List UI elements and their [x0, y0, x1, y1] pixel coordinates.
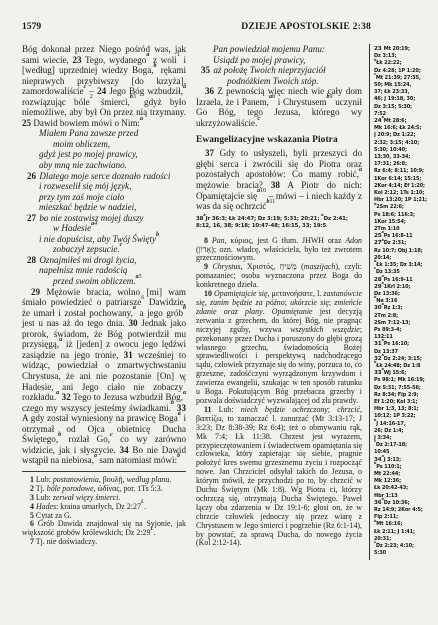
margin-divider-rule — [369, 44, 370, 560]
poetry-line: zobaczył zepsucie.c — [22, 244, 186, 255]
poetry-line: i nie dopuścisz, aby Twój Świętyb — [22, 234, 186, 245]
verse-paragraph: 29 Mężowie bracia, wolno [mi] wam śmiało… — [22, 287, 186, 466]
margin-reference-line: 20:14; — [374, 255, 436, 262]
margin-reference-line: Ps 98:1; Mk 16:19; — [374, 377, 436, 384]
margin-reference-line: 10:12; 1P 3:22; — [374, 413, 436, 420]
margin-reference-line: 1Kor 15:54; — [374, 219, 436, 226]
poetry-line: 35 aż położę Twoich nieprzyjaciół — [196, 65, 362, 76]
poetry-line: Miałem Pana zawsze przed — [22, 128, 186, 139]
margin-reference-line: 5:30 — [374, 550, 436, 557]
margin-reference-line: 26; Dz 1:4; — [374, 428, 436, 435]
poetry-line: aby mną nie zachwiano. — [22, 160, 186, 171]
margin-reference-line: bMt 16:16; — [374, 521, 436, 528]
margin-reference-line: cMt 21:39; 27:35, — [374, 75, 436, 82]
poetry-line: napełnisz mnie radością — [22, 265, 186, 276]
verse-paragraph: 36 Z pewnością więc niech wie cały dom I… — [196, 86, 362, 128]
margin-reference-line: Dz 3:15; 5:30; — [374, 104, 436, 111]
poetry-line: gdyż jest po mojej prawicy, — [22, 149, 186, 160]
margin-reference-line: Rz 10:7; Obj 1:18; — [374, 248, 436, 255]
margin-reference-line: Hbr 1:3, 13; 8:1; — [374, 406, 436, 413]
margin-reference-line: Dz 13:36; — [374, 291, 436, 298]
footnote: 9 Chrystus, Χριστός, מָשִׁיחַ (maszijach… — [196, 263, 362, 290]
poetry-line: mieszkać będzie w nadziei, — [22, 202, 186, 213]
poetry-line: przed swoim obliczem.a5 — [22, 276, 186, 287]
margin-reference-line: 2Tm 2:8; — [374, 313, 436, 320]
margin-reference-line: 20:31; — [374, 536, 436, 543]
margin-reference-line: 17:31; 26:8; — [374, 161, 436, 168]
margin-reference-line: 2Kor 4:14; Ef 1:20; — [374, 183, 436, 190]
left-column: Bóg dokonał przez Niego pośród was, jak … — [22, 44, 186, 547]
poetry-block: Miałem Pana zawsze przedmoim obliczem,gd… — [22, 128, 186, 286]
poetry-line: przy tym zaś moje ciało — [22, 192, 186, 203]
margin-reference-line: Dz 3:13; — [374, 53, 436, 60]
verse-paragraph: Bóg dokonał przez Niego pośród was, jak … — [22, 44, 186, 128]
margin-reference-line: 27aDz 2:31; — [374, 240, 436, 247]
margin-reference-line: Dz 5:31; 7:55-56; — [374, 385, 436, 392]
margin-reference-line: Kol 2:12; 1Ts 1:10; — [374, 190, 436, 197]
margin-reference-line: bŁk 1:35; Dz 3:14; — [374, 262, 436, 269]
margin-reference-line: Flp 2:11; — [374, 514, 436, 521]
margin-reference-line: Mt 22:44; — [374, 471, 436, 478]
poetry-line: Usiądź po mojej prawicy, — [196, 55, 362, 66]
margin-reference-line: cDz 2:23; 4:10; — [374, 543, 436, 550]
margin-references: 23aMt 20:19;Dz 3:13;bŁk 22:22;Dz 4:28; 1… — [374, 46, 436, 560]
poetry-line: 27 bo nie zostawisz mojej duszy — [22, 213, 186, 224]
margin-reference-line: b2Sm 22:6; — [374, 204, 436, 211]
margin-reference-line: Rz 14:9; 2Kor 4:5; — [374, 507, 436, 514]
margin-reference-line: 37; Łk 23:33, — [374, 89, 436, 96]
margin-reference-line: 46; J 19:18, 30; — [374, 96, 436, 103]
running-head-book-title: DZIEJE APOSTOLSKIE 2:38 — [0, 21, 371, 32]
cross-reference-block: 38aJr 36:3; Łk 24:47; Dz 3:19; 5:31; 20:… — [196, 216, 362, 230]
margin-reference-line: J 3:34; — [374, 435, 436, 442]
poetry-line: moim obliczem, — [22, 139, 186, 150]
footnote-divider-rule — [22, 471, 186, 472]
margin-reference-line: Ps 18:6; 116:3; — [374, 212, 436, 219]
margin-reference-line: Rz 8:34; Flp 2:9; — [374, 392, 436, 399]
margin-reference-line: Ef 1:20; Kol 3:1; — [374, 399, 436, 406]
footnote: 11 Lub: niech będzie ochrzczony; chrzcić… — [196, 406, 362, 549]
poetry-line: w Hadesiea4 — [22, 223, 186, 234]
margin-reference-line: 1Kor 6:14; 15:15; — [374, 176, 436, 183]
footnote: 7 Tj. nie doświadczy. — [22, 538, 186, 547]
margin-reference-line: 23aMt 20:19; — [374, 46, 436, 53]
margin-reference-line: 2Sm 7:12-13; — [374, 320, 436, 327]
margin-reference-line: 24aMt 28:6; — [374, 118, 436, 125]
poetry-block: Pan powiedział mojemu Panu:Usiądź po moj… — [196, 44, 362, 86]
verse-paragraph: 37 Gdy to usłyszeli, byli przeszyci do g… — [196, 148, 362, 211]
margin-reference-line: 31aPs 16:10; — [374, 341, 436, 348]
margin-reference-line: Rz 6:4; 8:11; 10:9; — [374, 168, 436, 175]
margin-reference-line: 29a1Krl 2:10; — [374, 284, 436, 291]
footnote: 8 Pan, κύριος, jest G tłum. JHWH oraz Ad… — [196, 237, 362, 264]
margin-reference-line: 5:30; 10:40; — [374, 147, 436, 154]
margin-reference-line: cDz 2:17-18; — [374, 442, 436, 449]
margin-reference-line: J 20:9; Dz 1:22; — [374, 132, 436, 139]
margin-reference-line: 33aWj 15:6; — [374, 370, 436, 377]
margin-reference-line: Ps 89:3-4; — [374, 327, 436, 334]
poetry-line: Pan powiedział mojemu Panu: — [196, 44, 362, 55]
margin-reference-line: bŁk 22:22; — [374, 60, 436, 67]
bible-page: 1579 DZIEJE APOSTOLSKIE 2:38 Bóg dokonał… — [0, 0, 438, 625]
margin-reference-line: Mk 16:6; Łk 24:5; — [374, 125, 436, 132]
section-heading: Ewangelizacyjne wskazania Piotra — [196, 135, 362, 145]
poetry-line: 28 Oznajmiłeś mi drogi życia, — [22, 255, 186, 266]
margin-reference-line: Łk 20:42-43; — [374, 485, 436, 492]
poetry-line: 26 Dlatego moje serce doznało radości — [22, 171, 186, 182]
margin-reference-line: 13:30, 33-34; — [374, 154, 436, 161]
margin-reference-line: 2:32; 3:15; 4:10; — [374, 140, 436, 147]
margin-reference-line: Łk 2:11; J 1:41; — [374, 529, 436, 536]
footnote: 6 Grób Dawida znajdował się na Syjonie, … — [22, 520, 186, 538]
margin-reference-line: Dz 4:28; 1P 1:20; — [374, 68, 436, 75]
right-column: Pan powiedział mojemu Panu:Usiądź po moj… — [196, 44, 362, 548]
margin-reference-line: Hbr 13:20; 1P 1:21; — [374, 197, 436, 204]
margin-reference-line: bPs 110:1; — [374, 464, 436, 471]
margin-reference-line: 30aRz 1:3; — [374, 305, 436, 312]
poetry-line: i rozweselił się mój język, — [22, 181, 186, 192]
margin-reference-line: 36aDz 10:36; — [374, 500, 436, 507]
margin-reference-line: 32aDz 2:24; 3:15; — [374, 356, 436, 363]
margin-reference-line: 50; Mk 15:24, — [374, 82, 436, 89]
footnote: 10 Opamiętajcie się, μετανοήσατε, l. zas… — [196, 290, 362, 406]
margin-reference-line: Mk 12:36; — [374, 478, 436, 485]
margin-reference-line: 34aJ 3:13; — [374, 457, 436, 464]
poetry-line: podnóżkiem Twoich stóp. — [196, 76, 362, 87]
margin-reference-line: bJ 14:16-17, — [374, 421, 436, 428]
